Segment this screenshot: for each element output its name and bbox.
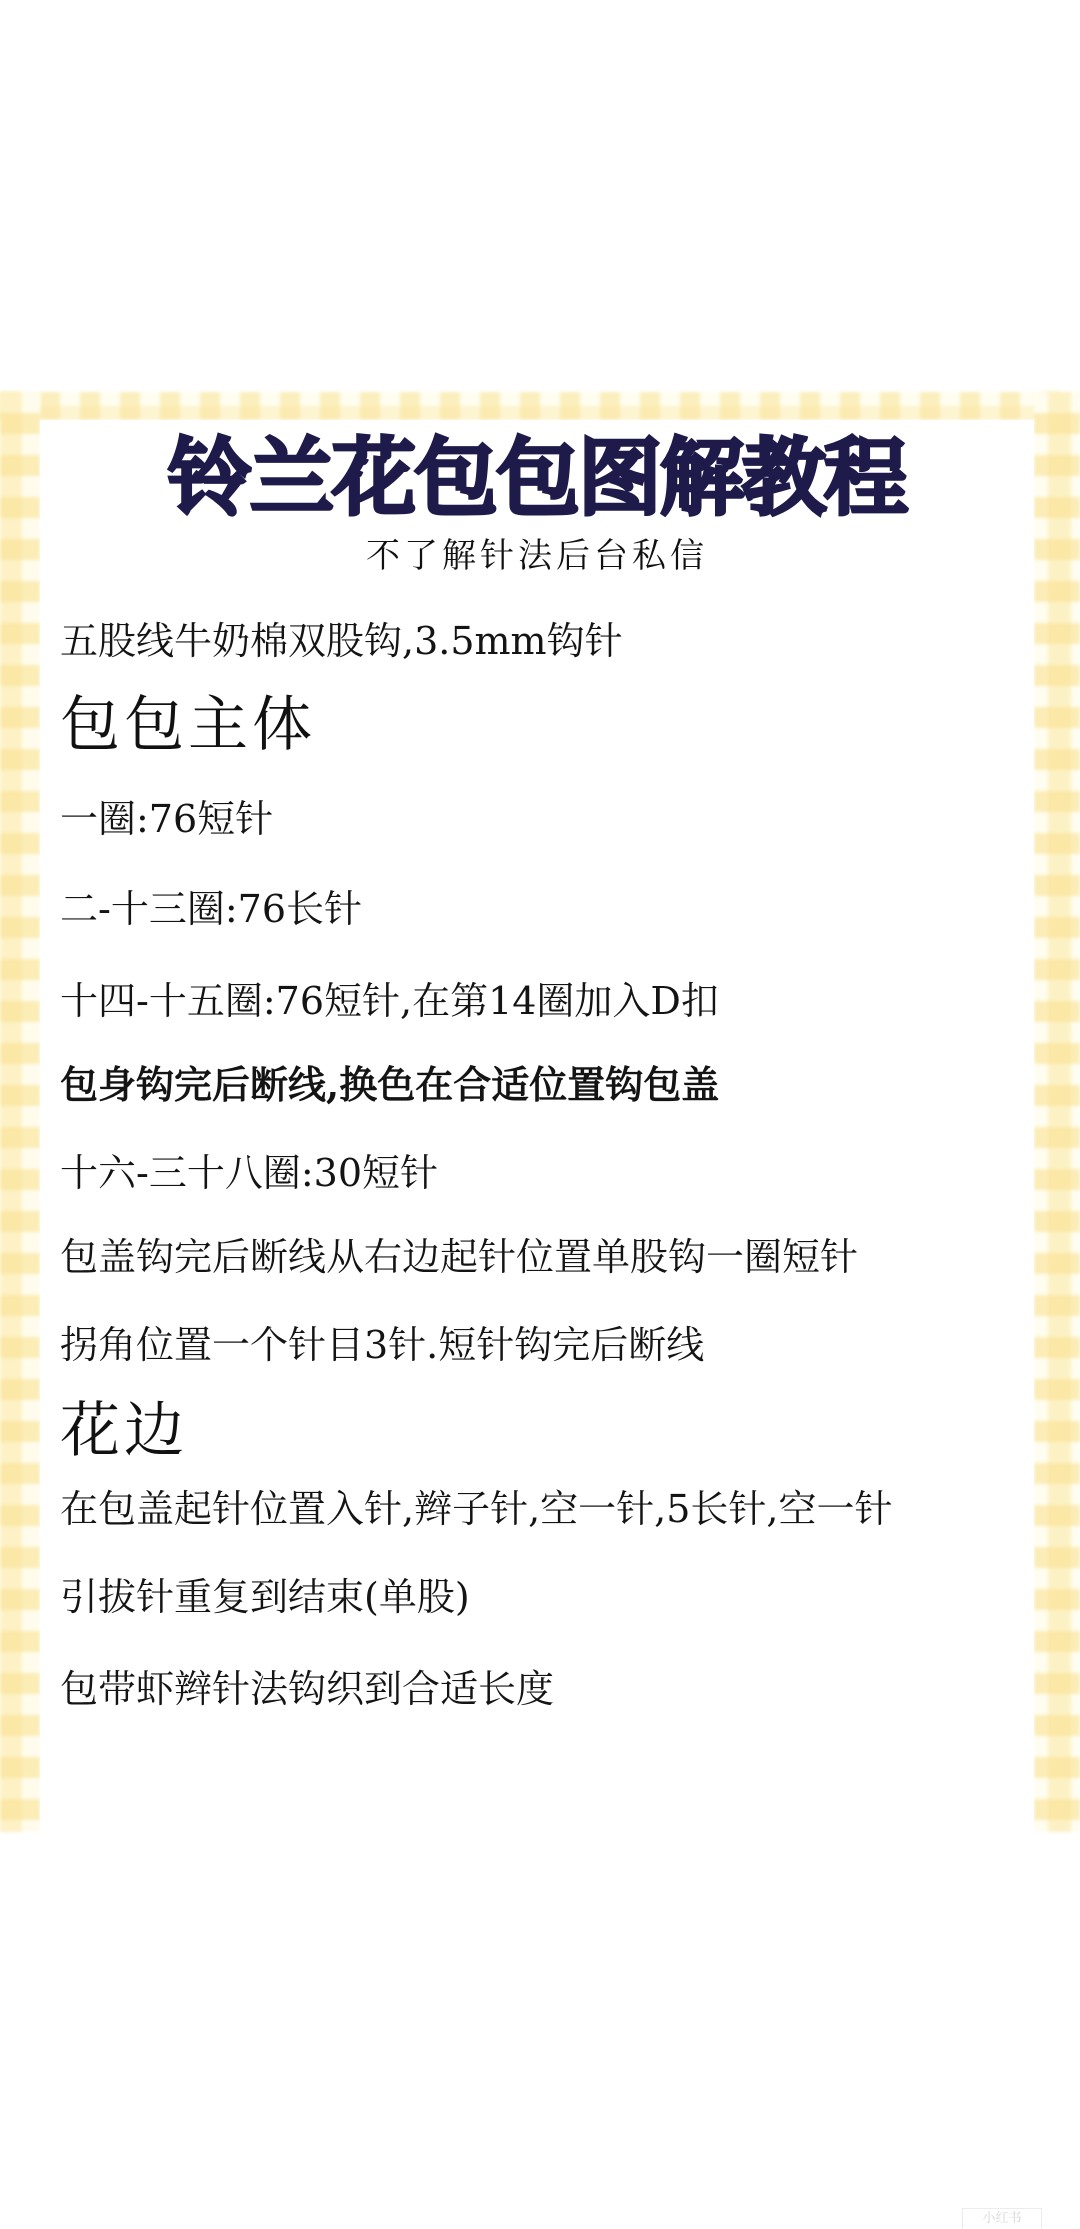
section-heading-edging: 花边	[60, 1396, 188, 1466]
instruction-line: 包盖钩完后断线从右边起针位置单股钩一圈短针	[60, 1234, 858, 1280]
tutorial-card: 铃兰花包包图解教程 不了解针法后台私信 五股线牛奶棉双股钩,3.5mm钩针 包包…	[0, 392, 1080, 1832]
tutorial-content: 铃兰花包包图解教程 不了解针法后台私信 五股线牛奶棉双股钩,3.5mm钩针 包包…	[40, 420, 1034, 1832]
instruction-line: 拐角位置一个针目3针.短针钩完后断线	[60, 1322, 704, 1368]
gingham-border-right	[1034, 392, 1080, 1832]
instruction-line: 一圈:76短针	[60, 796, 273, 842]
watermark-logo: 小红书	[962, 2208, 1042, 2229]
materials-line: 五股线牛奶棉双股钩,3.5mm钩针	[60, 618, 623, 664]
instruction-line-emphasis: 包身钩完后断线,换色在合适位置钩包盖	[60, 1062, 719, 1108]
instruction-line: 十四-十五圈:76短针,在第14圈加入D扣	[60, 978, 719, 1024]
page-subtitle: 不了解针法后台私信	[40, 536, 1034, 576]
instruction-line: 包带虾辫针法钩织到合适长度	[60, 1666, 554, 1712]
instruction-line: 十六-三十八圈:30短针	[60, 1150, 438, 1196]
section-heading-body: 包包主体	[60, 690, 316, 760]
gingham-border-left	[0, 392, 40, 1832]
page-title: 铃兰花包包图解教程	[40, 430, 1034, 526]
instruction-line: 在包盖起针位置入针,辫子针,空一针,5长针,空一针	[60, 1486, 893, 1532]
instruction-line: 二-十三圈:76长针	[60, 886, 362, 932]
instruction-line: 引拔针重复到结束(单股)	[60, 1574, 470, 1620]
gingham-border-top	[0, 392, 1080, 420]
